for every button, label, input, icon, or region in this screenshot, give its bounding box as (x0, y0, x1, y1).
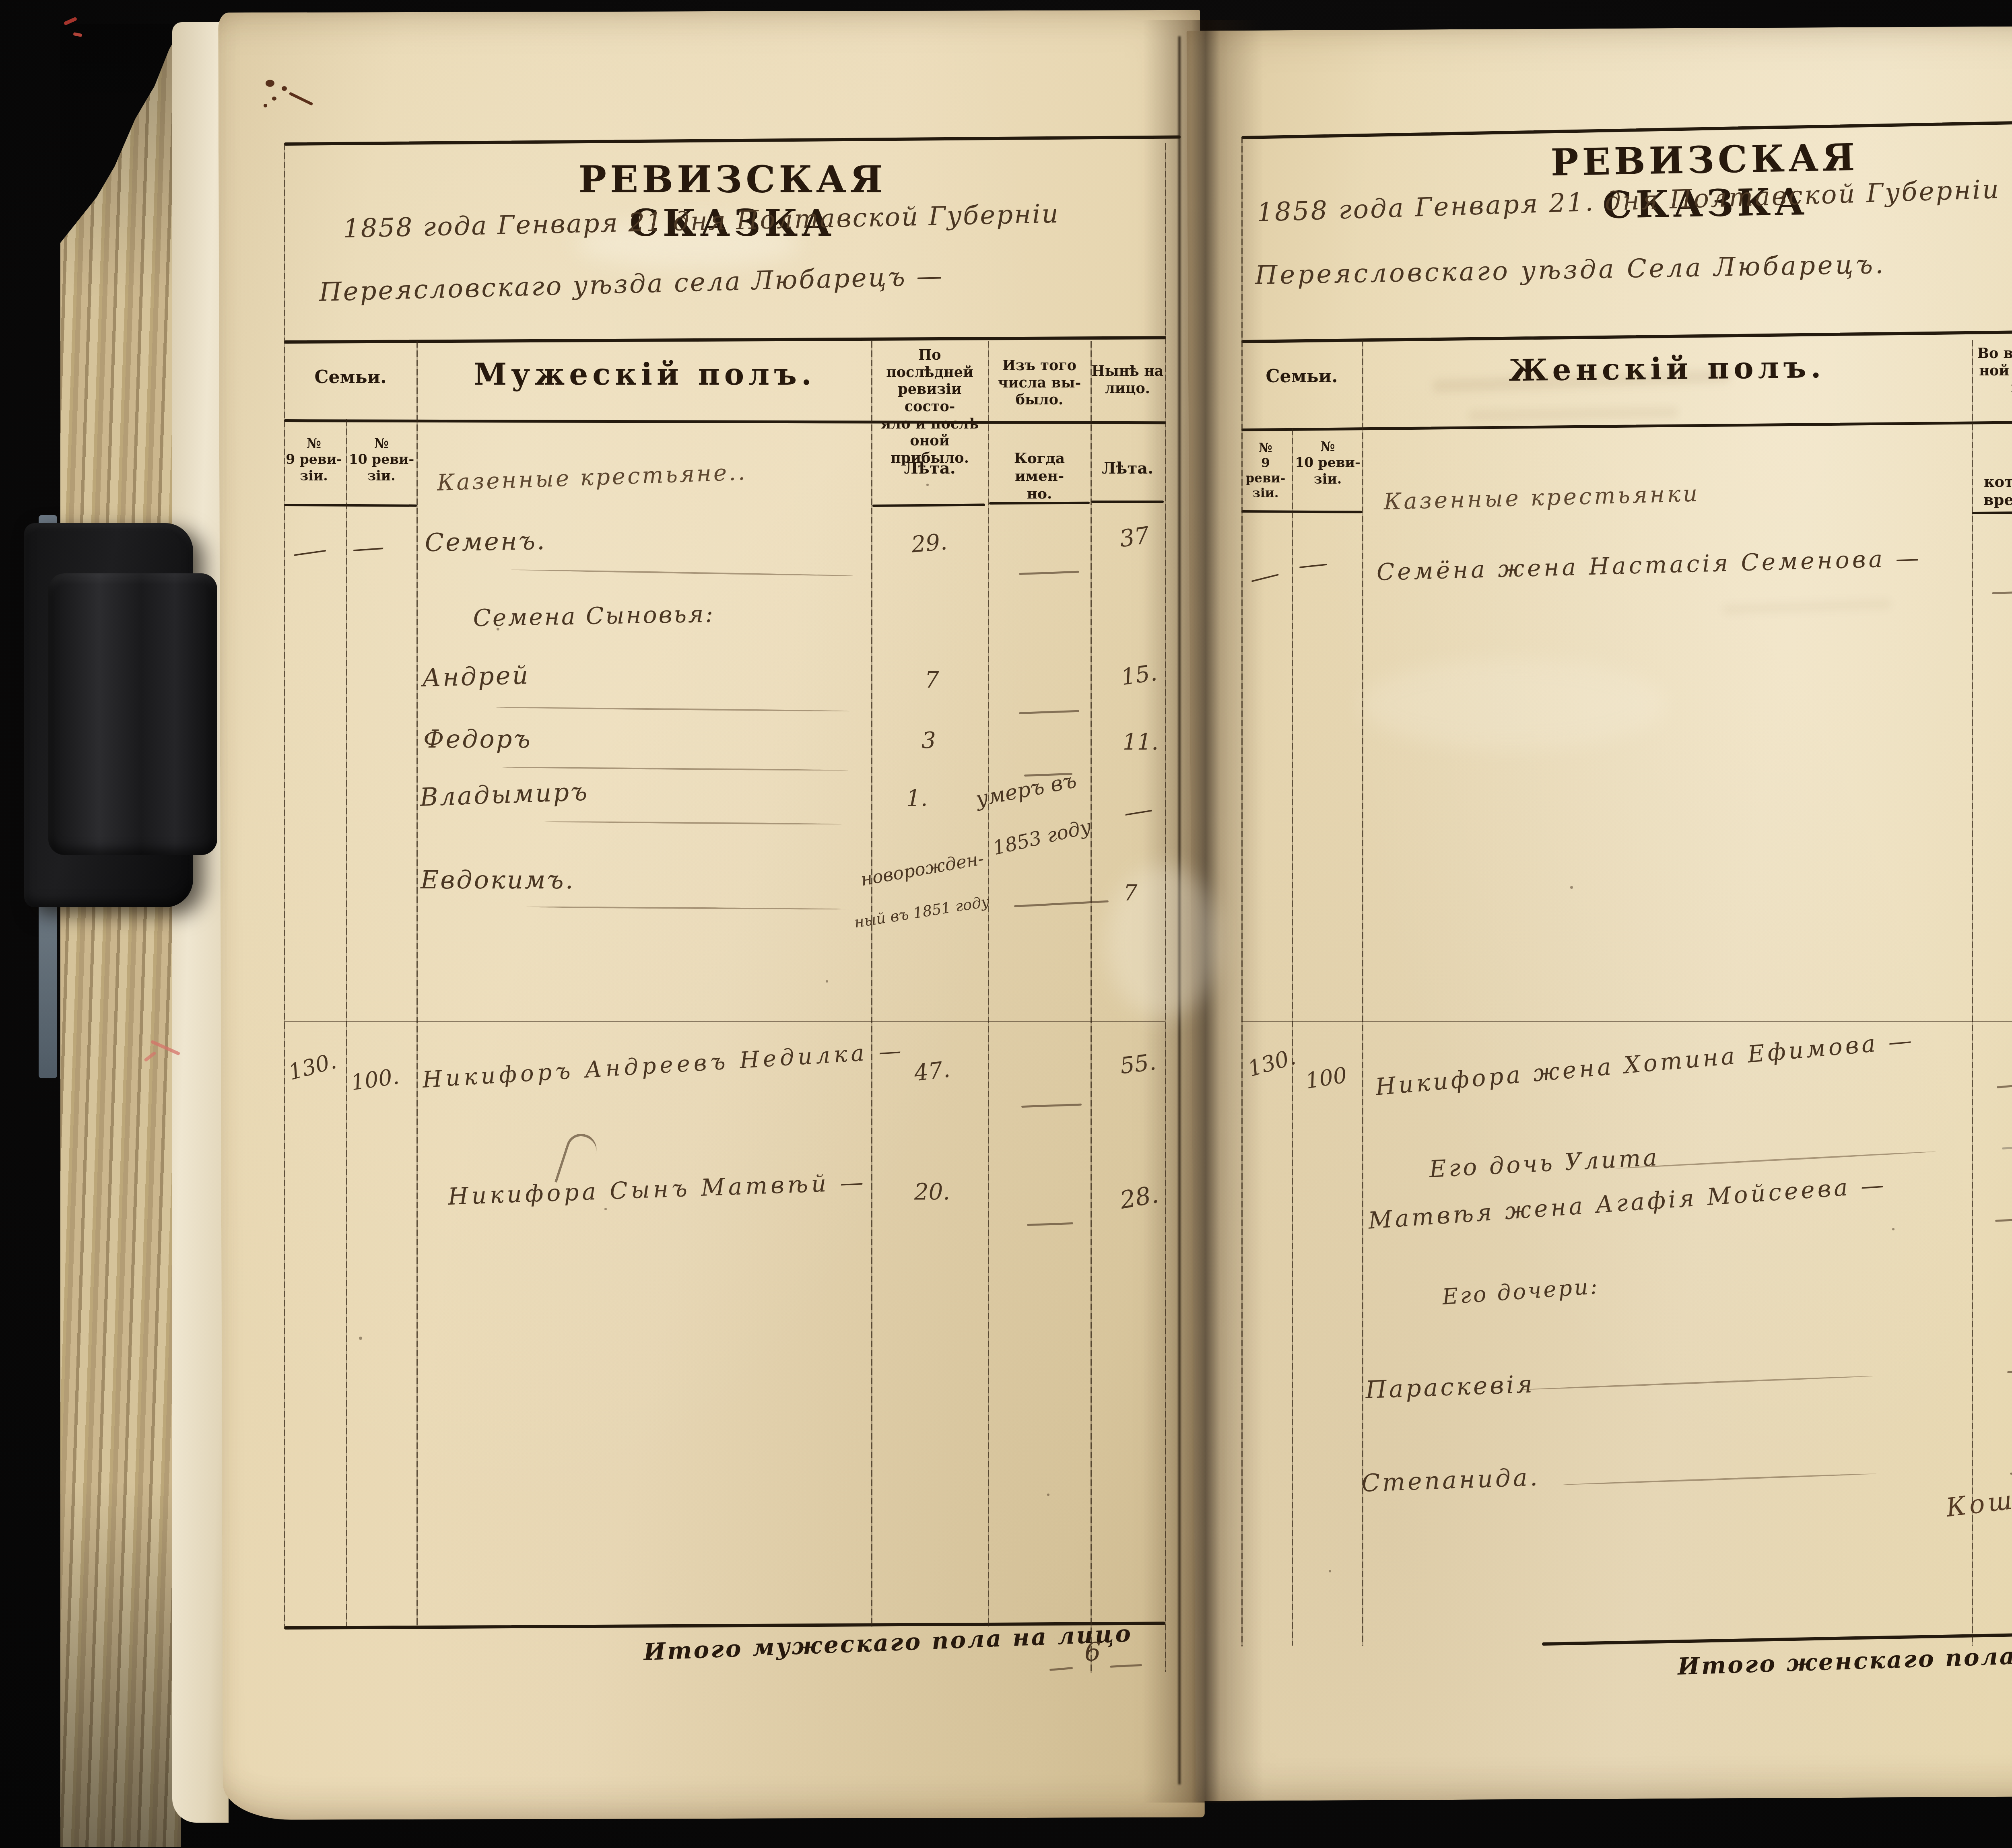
paper-speck (1892, 1228, 1894, 1230)
row-age-prev: 3 (921, 727, 936, 754)
row-age-now: 11. (1123, 729, 1159, 755)
table-column-line (1292, 429, 1293, 1646)
row-age-now: 37 (1118, 521, 1151, 553)
right-col-away: Во времен- ной отлуч- кѣ. (1972, 345, 2012, 397)
left-col-present: Нынѣ на лицо. (1091, 363, 1164, 397)
table-column-line (871, 341, 872, 1627)
paper-wash (1360, 660, 1666, 748)
right-subcol-rev9: № 9 реви- зіи. (1239, 441, 1292, 501)
left-subcol-rev9: № 9 реви- зіи. (282, 435, 346, 484)
row-name: Параскевія (1365, 1370, 1535, 1404)
right-subcol-rev10: № 10 реви- зіи. (1293, 439, 1363, 487)
table-column-line (988, 341, 989, 1627)
row-name: Семенъ. (425, 526, 546, 557)
table-column-line (1972, 340, 1973, 1646)
row-age-now: 15. (1119, 660, 1159, 691)
table-column-line (1362, 340, 1363, 1646)
paper-speck (604, 1208, 607, 1210)
family-separator-rule (1241, 1021, 2012, 1022)
row-age-prev: 20. (914, 1179, 950, 1205)
row-name: Андрей (422, 660, 530, 692)
table-column-line (416, 341, 418, 1627)
right-subcol-since: Съ котораго времени. (1972, 455, 2012, 509)
row-age-prev: 1. (906, 785, 928, 812)
row-age-prev: 7 (925, 667, 939, 693)
left-col-prev-revision: По послѣдней ревизіи состо- яло и послѣ … (872, 347, 987, 467)
left-subcol-when: Когда имен- но. (989, 450, 1090, 503)
left-col-family: Семьи. (284, 367, 417, 387)
table-rule-heavy-sub (1091, 501, 1164, 503)
right-page-paper (1186, 26, 2012, 1801)
row-rev10-dash: — (351, 533, 385, 562)
paper-speck (359, 1337, 362, 1340)
paper-speck (1047, 1494, 1049, 1496)
left-subcol-age2: Лѣта. (1091, 459, 1164, 478)
left-col-gender: Мужескій полъ. (418, 357, 871, 392)
row-rev10-dash: — (1297, 549, 1330, 579)
paper-speck (1570, 886, 1573, 889)
row-age-prev: 47. (913, 1056, 951, 1086)
right-col-gender: Женскій полъ. (1364, 348, 1970, 389)
right-col-family: Семьи. (1241, 366, 1362, 387)
ink-blot (282, 86, 287, 91)
binder-clip-roller (48, 573, 217, 855)
left-footer-total: 6 (1084, 1638, 1101, 1667)
row-name: Федоръ (423, 724, 532, 754)
row-subheading: Семена Сыновья: (473, 600, 715, 632)
row-rev9-dash: — (291, 535, 329, 567)
paper-speck (1329, 1570, 1331, 1572)
table-column-line (1241, 137, 1243, 1646)
row-age-prev: 29. (910, 529, 948, 558)
left-subcol-rev10: № 10 реви- зіи. (345, 435, 418, 484)
ink-blot (266, 80, 274, 87)
row-name: Владымиръ (419, 777, 589, 812)
ink-blot (264, 104, 267, 107)
paper-speck (926, 484, 929, 486)
table-column-line (346, 419, 347, 1626)
book-scan: РЕВИЗСКАЯ СКАЗКА 1858 года Генваря 21 дн… (0, 0, 2012, 1848)
table-column-line (1165, 143, 1166, 1672)
left-col-departed: Изъ того числа вы- было. (989, 357, 1090, 409)
table-column-line (284, 143, 285, 1629)
table-column-line (1091, 341, 1092, 1673)
table-rule-heavy-sub (1972, 511, 2012, 514)
page-stack-left-shade (60, 24, 181, 1847)
row-age-now: 7 (1124, 880, 1137, 906)
paper-speck (826, 980, 828, 983)
row-age-now-dash: — (1122, 796, 1155, 827)
row-age-now: 55. (1119, 1049, 1157, 1079)
paper-speck (497, 628, 499, 630)
left-subcol-age: Лѣта. (872, 459, 987, 478)
ink-blot (272, 97, 276, 101)
row-name: Евдокимъ. (421, 865, 575, 894)
